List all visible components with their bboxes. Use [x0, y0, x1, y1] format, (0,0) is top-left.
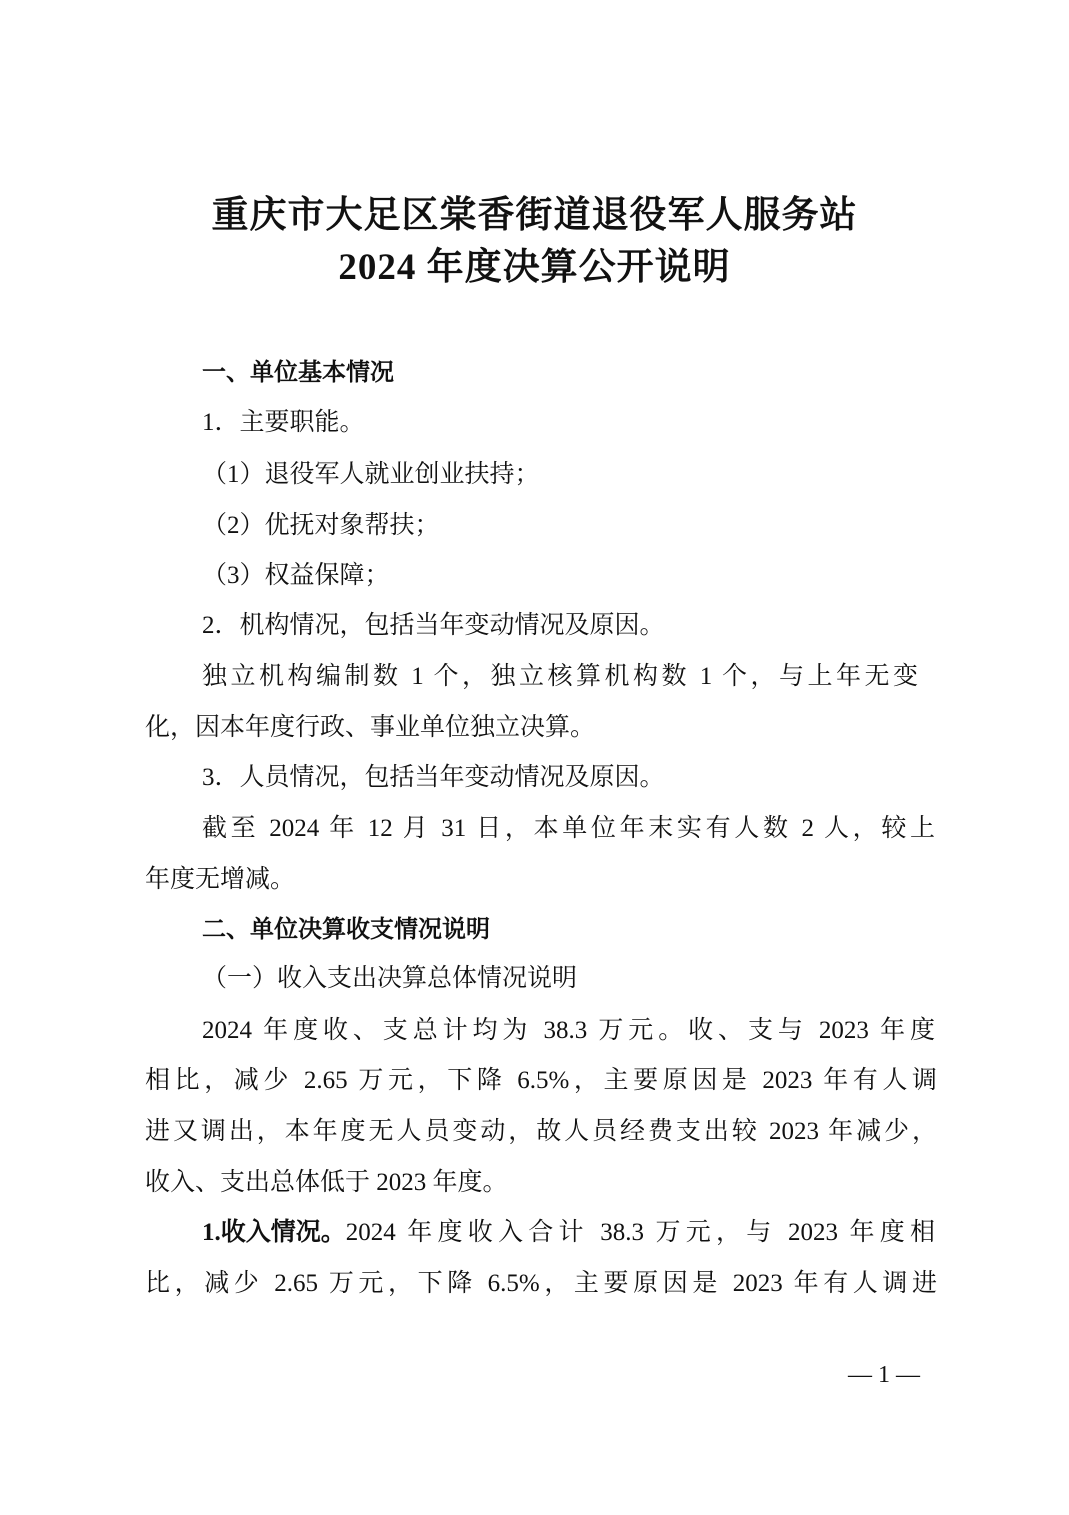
item3-text-line1: 截至 2024 年 12 月 31 日，本单位年末实有人数 2 人，较上	[202, 813, 935, 845]
document-title-line2: 2024 年度决算公开说明	[0, 244, 1069, 292]
item2-heading: 2．机构情况，包括当年变动情况及原因。	[202, 610, 665, 642]
sub1-heading: （一）收入支出决算总体情况说明	[202, 963, 577, 995]
income-line1-text: 2024 年度收入合计 38.3 万元，与 2023 年度相	[346, 1217, 935, 1249]
function-item-2: （2）优抚对象帮扶；	[202, 510, 440, 542]
document-title-line1: 重庆市大足区棠香街道退役军人服务站	[0, 192, 1069, 240]
sub1-line2: 相比，减少 2.65 万元，下降 6.5%，主要原因是 2023 年有人调	[145, 1065, 937, 1097]
sub1-line3: 进又调出，本年度无人员变动，故人员经费支出较 2023 年减少，	[145, 1116, 937, 1148]
section2-heading: 二、单位决算收支情况说明	[202, 913, 490, 945]
income-label: 1.收入情况。	[202, 1217, 346, 1249]
function-item-3: （3）权益保障；	[202, 560, 390, 592]
function-item-1: （1）退役军人就业创业扶持；	[202, 459, 540, 491]
income-line1: 1.收入情况。 2024 年度收入合计 38.3 万元，与 2023 年度相	[202, 1217, 935, 1249]
item2-text-line2: 化，因本年度行政、事业单位独立决算。	[145, 712, 595, 744]
item3-text-line2: 年度无增减。	[145, 864, 295, 896]
sub1-line1: 2024 年度收、支总计均为 38.3 万元。收、支与 2023 年度	[202, 1015, 935, 1047]
item3-heading: 3．人员情况，包括当年变动情况及原因。	[202, 762, 665, 794]
section1-heading: 一、单位基本情况	[202, 356, 394, 388]
item2-text-line1: 独立机构编制数 1 个，独立核算机构数 1 个，与上年无变	[202, 661, 918, 693]
item1-heading: 1．主要职能。	[202, 407, 365, 439]
sub1-line4: 收入、支出总体低于 2023 年度。	[145, 1167, 508, 1199]
income-line2: 比，减少 2.65 万元，下降 6.5%，主要原因是 2023 年有人调进	[145, 1268, 937, 1300]
page-number: — 1 —	[848, 1362, 920, 1389]
